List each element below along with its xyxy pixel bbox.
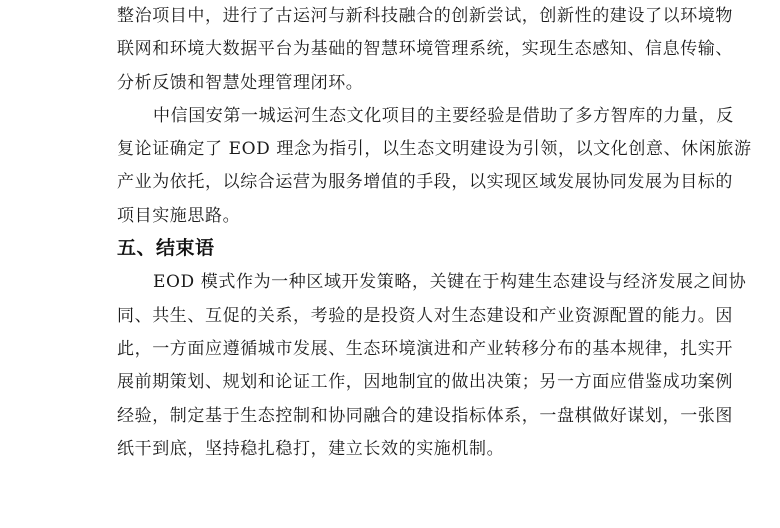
paragraph-project-experience: 中信国安第一城运河生态文化项目的主要经验是借助了多方智库的力量，反 复论证确定了… [117, 103, 665, 236]
text-line: EOD 模式作为一种区域开发策略，关键在于构建生态建设与经济发展之间协 [117, 269, 665, 302]
text-line: 产业为依托，以综合运营为服务增值的手段，以实现区域发展协同发展为目标的 [117, 169, 665, 202]
text-line: 展前期策划、规划和论证工作，因地制宜的做出决策；另一方面应借鉴成功案例 [117, 369, 665, 402]
document-body: 整治项目中，进行了古运河与新科技融合的创新尝试，创新性的建设了以环境物 联网和环… [117, 3, 665, 469]
text-line: 联网和环境大数据平台为基础的智慧环境管理系统，实现生态感知、信息传输、 [117, 36, 665, 69]
paragraph-conclusion: EOD 模式作为一种区域开发策略，关键在于构建生态建设与经济发展之间协 同、共生… [117, 269, 665, 469]
section-heading: 五、结束语 [117, 236, 665, 269]
text-line: 复论证确定了 EOD 理念为指引，以生态文明建设为引领，以文化创意、休闲旅游 [117, 136, 665, 169]
text-line: 同、共生、互促的关系，考验的是投资人对生态建设和产业资源配置的能力。因 [117, 303, 665, 336]
text-line: 整治项目中，进行了古运河与新科技融合的创新尝试，创新性的建设了以环境物 [117, 3, 665, 36]
text-line: 分析反馈和智慧处理管理闭环。 [117, 70, 665, 103]
text-line: 中信国安第一城运河生态文化项目的主要经验是借助了多方智库的力量，反 [117, 103, 665, 136]
document-page: 整治项目中，进行了古运河与新科技融合的创新尝试，创新性的建设了以环境物 联网和环… [0, 0, 780, 528]
paragraph-continuation: 整治项目中，进行了古运河与新科技融合的创新尝试，创新性的建设了以环境物 联网和环… [117, 3, 665, 103]
text-line: 此，一方面应遵循城市发展、生态环境演进和产业转移分布的基本规律，扎实开 [117, 336, 665, 369]
text-line: 纸干到底，坚持稳扎稳打，建立长效的实施机制。 [117, 436, 665, 469]
text-line: 经验，制定基于生态控制和协同融合的建设指标体系，一盘棋做好谋划，一张图 [117, 403, 665, 436]
text-line: 项目实施思路。 [117, 203, 665, 236]
